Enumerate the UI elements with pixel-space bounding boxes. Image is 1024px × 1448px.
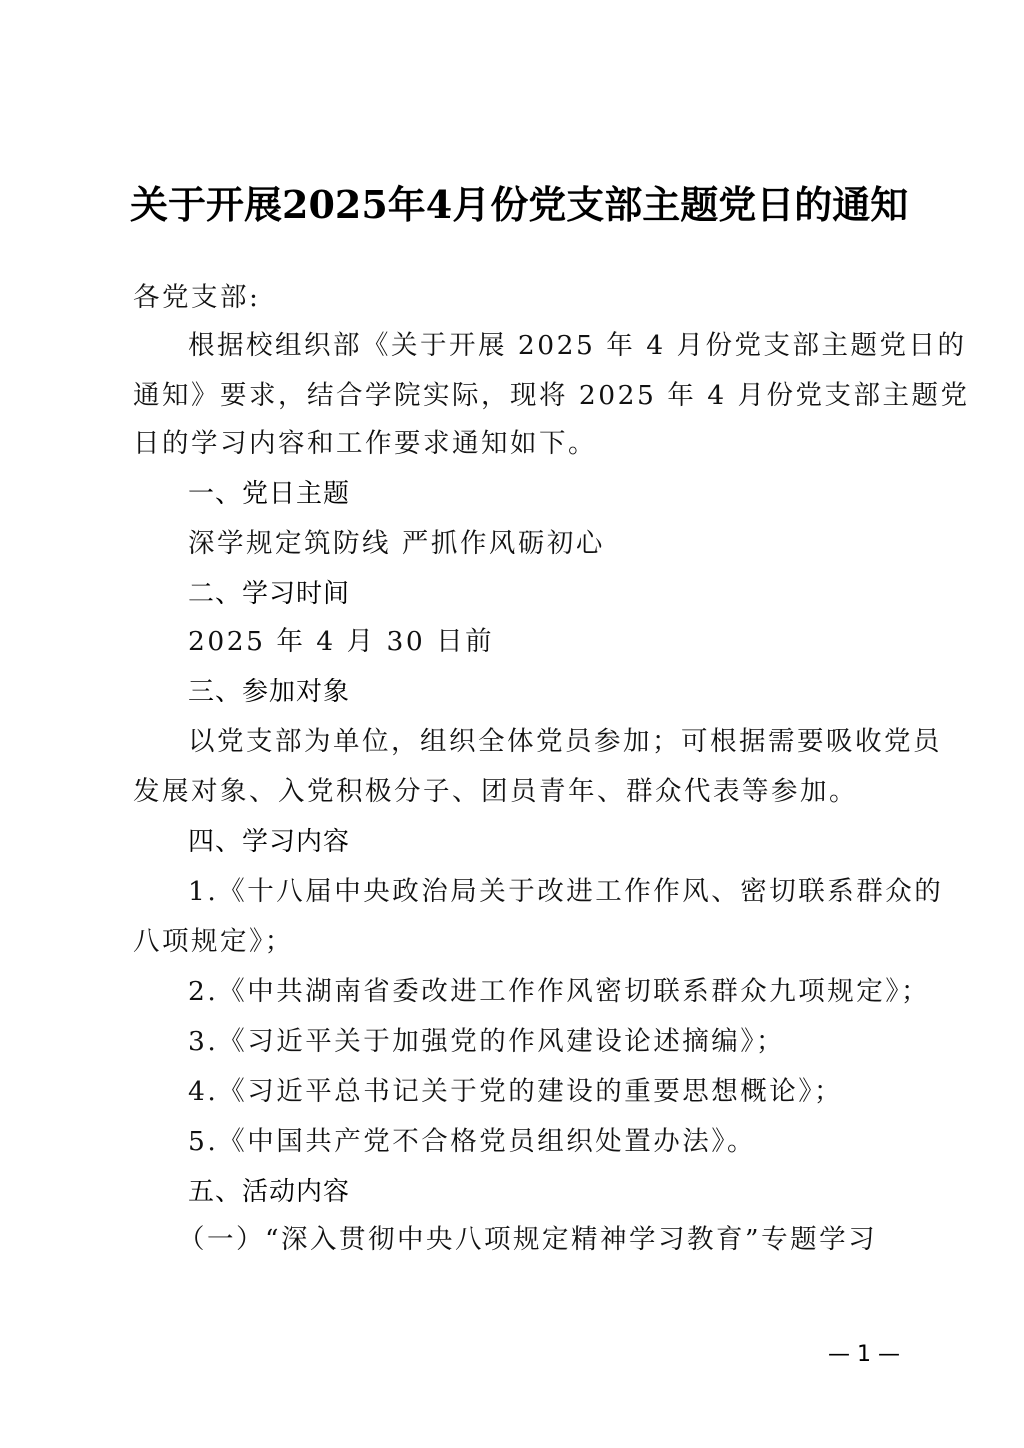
intro-line: 通知》要求，结合学院实际，现将 2025 年 4 月份党支部主题党 (133, 376, 913, 416)
study-item-2: 2.《中共湖南省委改进工作作风密切联系群众九项规定》； (188, 972, 968, 1012)
section-heading-time: 二、学习时间 (188, 574, 350, 614)
intro-line: 根据校组织部《关于开展 2025 年 4 月份党支部主题党日的 (188, 326, 968, 366)
page-number: — 1 — (828, 1342, 900, 1367)
participants-line: 以党支部为单位，组织全体党员参加；可根据需要吸收党员 (188, 722, 968, 762)
study-item-1-cont: 八项规定》； (133, 922, 913, 962)
document-page: 关于开展2025年4月份党支部主题党日的通知 各党支部: 根据校组织部《关于开展… (0, 0, 1024, 1448)
theme-text: 深学规定筑防线 严抓作风砺初心 (188, 524, 968, 564)
participants-line: 发展对象、入党积极分子、团员青年、群众代表等参加。 (133, 772, 913, 812)
section-heading-participants: 三、参加对象 (188, 672, 350, 712)
document-title: 关于开展2025年4月份党支部主题党日的通知 (130, 180, 910, 230)
time-text: 2025 年 4 月 30 日前 (188, 622, 968, 662)
intro-line: 日的学习内容和工作要求通知如下。 (133, 424, 913, 464)
study-item-4: 4.《习近平总书记关于党的建设的重要思想概论》； (188, 1072, 968, 1112)
section-heading-theme: 一、党日主题 (188, 474, 350, 514)
study-item-3: 3.《习近平关于加强党的作风建设论述摘编》； (188, 1022, 968, 1062)
study-item-1: 1.《十八届中央政治局关于改进工作作风、密切联系群众的 (188, 872, 968, 912)
study-item-5: 5.《中国共产党不合格党员组织处置办法》。 (188, 1122, 968, 1162)
activity-subheading: （一）“深入贯彻中央八项规定精神学习教育”专题学习 (178, 1220, 958, 1260)
section-heading-activities: 五、活动内容 (188, 1172, 350, 1212)
salutation: 各党支部: (133, 278, 913, 318)
section-heading-content: 四、学习内容 (188, 822, 350, 862)
